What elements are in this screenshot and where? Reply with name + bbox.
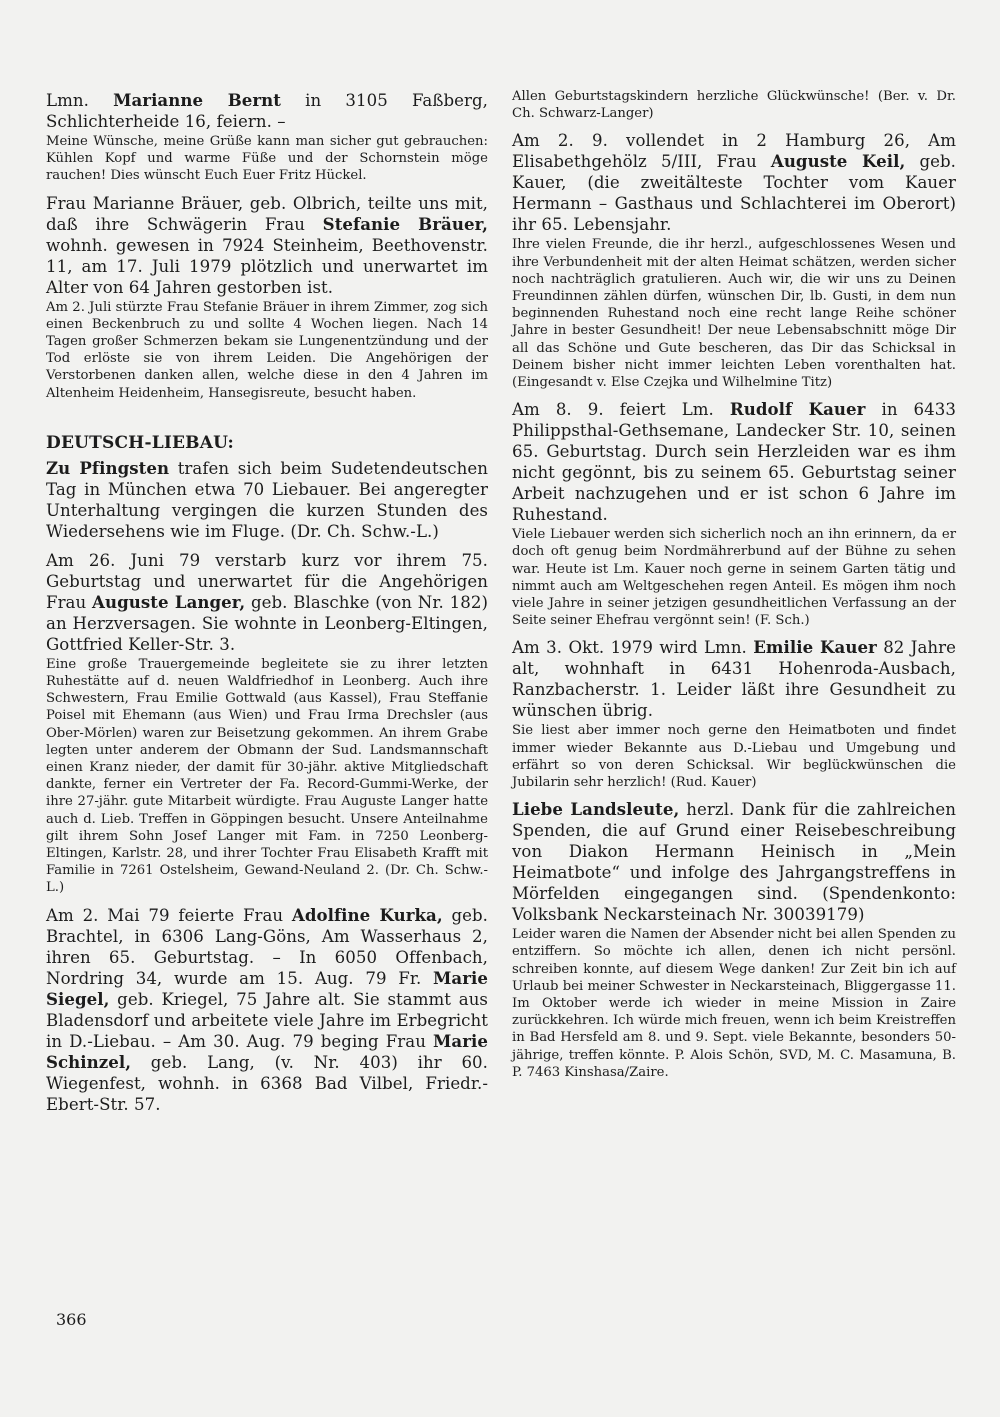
newsletter-page: Lmn. Marianne Bernt in 3105 Faßberg, Sch… xyxy=(0,0,1000,1417)
notice-birthdays: Am 2. Mai 79 feierte Frau Adolfine Kurka… xyxy=(46,905,488,1115)
lead-keyword: Liebe Landsleute, xyxy=(512,799,679,819)
notice-body: Meine Wünsche, meine Grüße kann man sich… xyxy=(46,133,488,185)
notice-lead: Lmn. Marianne Bernt in 3105 Faßberg, Sch… xyxy=(46,90,488,132)
notice-body: Eine große Trauergemeinde begleitete sie… xyxy=(46,656,488,897)
page-number: 366 xyxy=(56,1310,87,1329)
notice-body: Leider waren die Namen der Absender nich… xyxy=(512,926,956,1081)
person-name: Adolfine Kurka, xyxy=(292,905,443,925)
notice-rudolf-kauer: Am 8. 9. feiert Lm. Rudolf Kauer in 6433… xyxy=(512,399,956,629)
notice-body: Sie liest aber immer noch gerne den Heim… xyxy=(512,722,956,791)
notice-greetings: Allen Geburtstagskindern herzliche Glück… xyxy=(512,88,956,122)
person-name: Emilie Kauer xyxy=(753,637,877,657)
notice-marianne-bernt: Lmn. Marianne Bernt in 3105 Faßberg, Sch… xyxy=(46,90,488,185)
notice-auguste-keil: Am 2. 9. vollendet in 2 Hamburg 26, Am E… xyxy=(512,130,956,391)
notice-stefanie-braeuer: Frau Marianne Bräuer, geb. Olbrich, teil… xyxy=(46,193,488,402)
left-column: Lmn. Marianne Bernt in 3105 Faßberg, Sch… xyxy=(46,90,488,1123)
person-name: Stefanie Bräuer, xyxy=(323,214,488,234)
notice-emilie-kauer: Am 3. Okt. 1979 wird Lmn. Emilie Kauer 8… xyxy=(512,637,956,791)
person-name: Auguste Langer, xyxy=(92,592,245,612)
lead-keyword: Zu Pfingsten xyxy=(46,458,169,478)
notice-lead: Am 26. Juni 79 verstarb kurz vor ihrem 7… xyxy=(46,550,488,655)
section-heading: DEUTSCH-LIEBAU: xyxy=(46,432,488,454)
notice-body: Ihre vielen Freunde, die ihr herzl., auf… xyxy=(512,236,956,391)
notice-lead: Am 3. Okt. 1979 wird Lmn. Emilie Kauer 8… xyxy=(512,637,956,721)
notice-lead: Am 2. Mai 79 feierte Frau Adolfine Kurka… xyxy=(46,905,488,1115)
person-name: Marianne Bernt xyxy=(113,90,281,110)
notice-lead: Am 2. 9. vollendet in 2 Hamburg 26, Am E… xyxy=(512,130,956,235)
notice-body: Viele Liebauer werden sich sicherlich no… xyxy=(512,526,956,629)
right-column: Allen Geburtstagskindern herzliche Glück… xyxy=(512,88,956,1089)
notice-auguste-langer: Am 26. Juni 79 verstarb kurz vor ihrem 7… xyxy=(46,550,488,897)
notice-lead: Am 8. 9. feiert Lm. Rudolf Kauer in 6433… xyxy=(512,399,956,525)
person-name: Rudolf Kauer xyxy=(730,399,866,419)
notice-lead: Zu Pfingsten trafen sich beim Sudetendeu… xyxy=(46,458,488,542)
person-name: Auguste Keil, xyxy=(771,151,905,171)
notice-lead: Liebe Landsleute, herzl. Dank für die za… xyxy=(512,799,956,925)
notice-body: Am 2. Juli stürzte Frau Stefanie Bräuer … xyxy=(46,299,488,402)
notice-lead: Frau Marianne Bräuer, geb. Olbrich, teil… xyxy=(46,193,488,298)
notice-liebe-landsleute: Liebe Landsleute, herzl. Dank für die za… xyxy=(512,799,956,1081)
notice-body: Allen Geburtstagskindern herzliche Glück… xyxy=(512,88,956,122)
notice-pfingsten: Zu Pfingsten trafen sich beim Sudetendeu… xyxy=(46,458,488,542)
